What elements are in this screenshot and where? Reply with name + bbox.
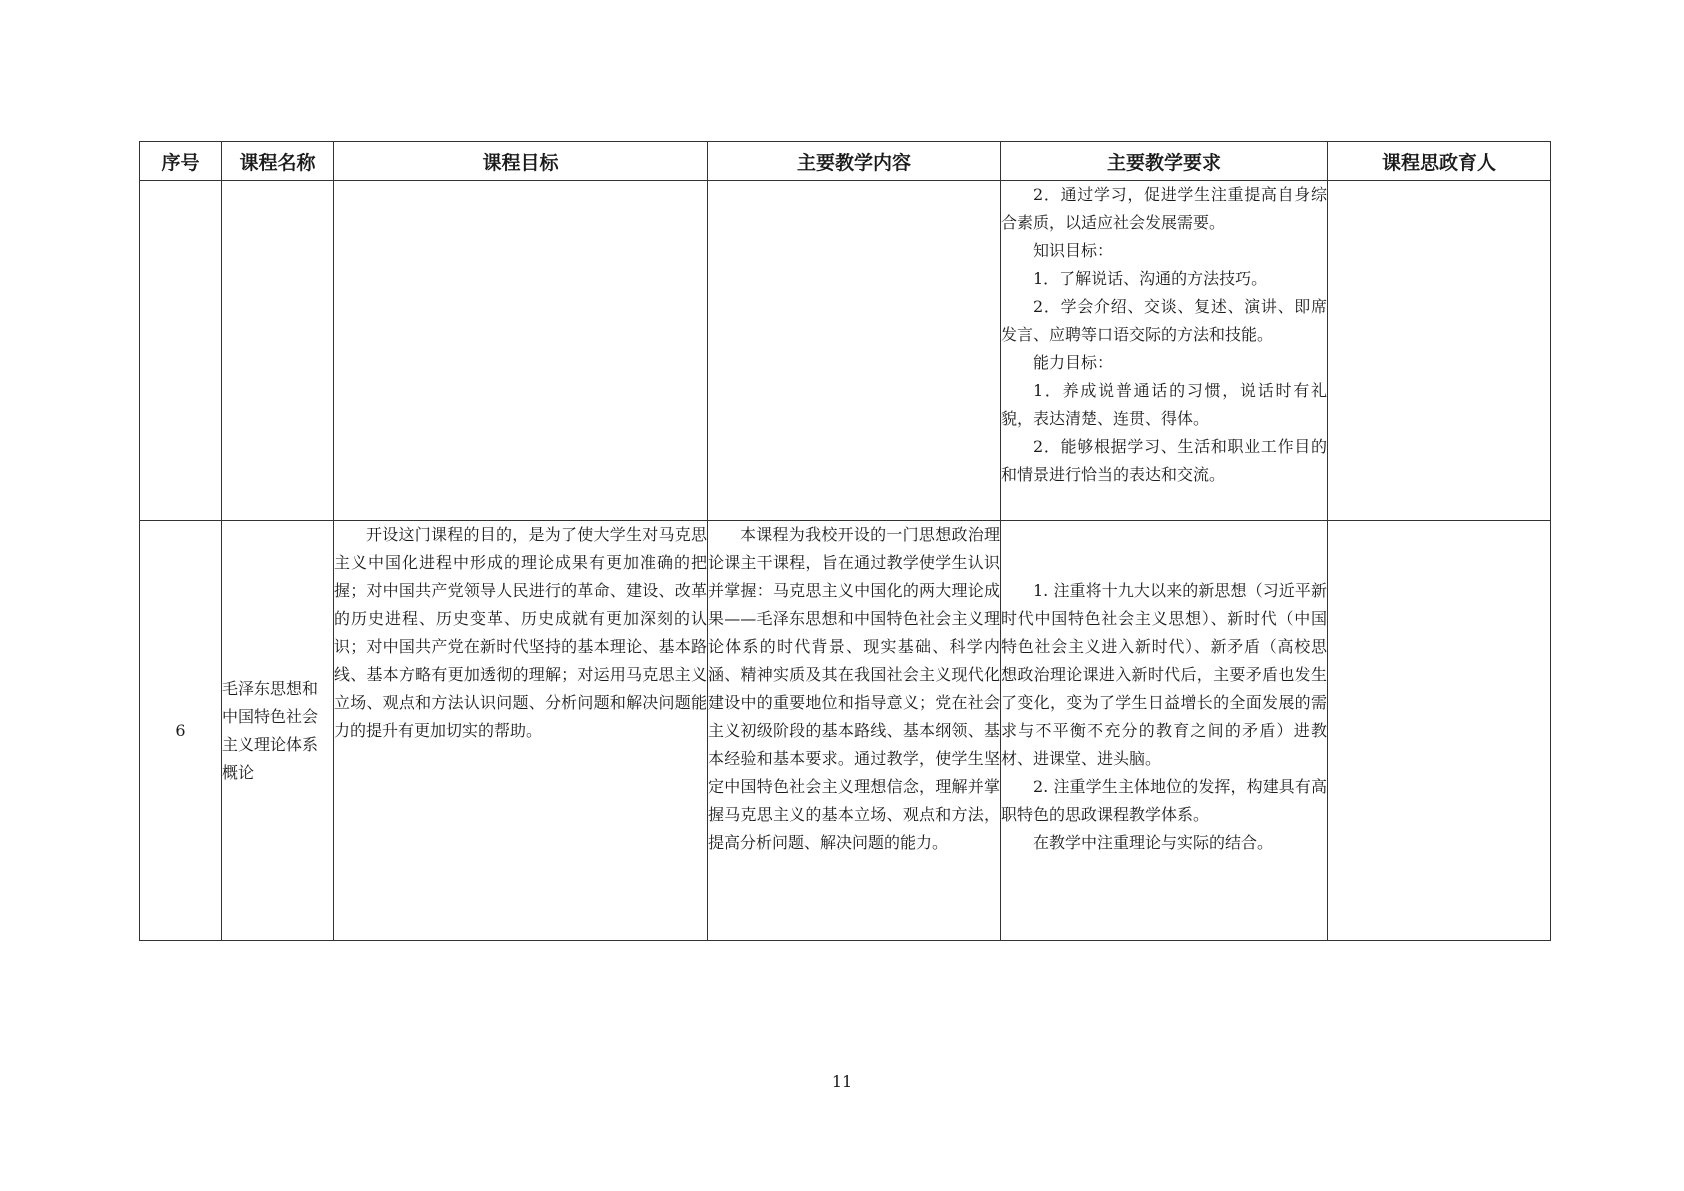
- cell-course-goal: [334, 181, 708, 521]
- header-teaching-requirements: 主要教学要求: [1001, 142, 1328, 181]
- header-ideological-education: 课程思政育人: [1328, 142, 1551, 181]
- table-row: 2．通过学习，促进学生注重提高自身综合素质，以适应社会发展需要。 知识目标： 1…: [140, 181, 1551, 521]
- table-header-row: 序号 课程名称 课程目标 主要教学内容 主要教学要求 课程思政育人: [140, 142, 1551, 181]
- cell-index: 6: [140, 521, 222, 941]
- requirement-paragraph: 2．通过学习，促进学生注重提高自身综合素质，以适应社会发展需要。: [1001, 181, 1327, 237]
- header-course-name: 课程名称: [222, 142, 334, 181]
- cell-teaching-content: [708, 181, 1001, 521]
- cell-teaching-requirements: 2．通过学习，促进学生注重提高自身综合素质，以适应社会发展需要。 知识目标： 1…: [1001, 181, 1328, 521]
- requirement-paragraph: 知识目标：: [1001, 237, 1327, 265]
- course-table: 序号 课程名称 课程目标 主要教学内容 主要教学要求 课程思政育人 2．通过学习…: [139, 141, 1551, 941]
- requirement-paragraph: 1．了解说话、沟通的方法技巧。: [1001, 265, 1327, 293]
- cell-course-name: 毛泽东思想和中国特色社会主义理论体系概论: [222, 521, 334, 941]
- requirement-paragraph: 1．养成说普通话的习惯，说话时有礼貌，表达清楚、连贯、得体。: [1001, 377, 1327, 433]
- cell-course-name: [222, 181, 334, 521]
- cell-ideological-education: [1328, 521, 1551, 941]
- requirement-paragraph: 在教学中注重理论与实际的结合。: [1001, 829, 1327, 857]
- goal-paragraph: 开设这门课程的目的，是为了使大学生对马克思主义中国化进程中形成的理论成果有更加准…: [334, 521, 707, 745]
- cell-ideological-education: [1328, 181, 1551, 521]
- page-number: 11: [0, 1072, 1684, 1091]
- requirement-paragraph: 2．学会介绍、交谈、复述、演讲、即席发言、应聘等口语交际的方法和技能。: [1001, 293, 1327, 349]
- table-row: 6 毛泽东思想和中国特色社会主义理论体系概论 开设这门课程的目的，是为了使大学生…: [140, 521, 1551, 941]
- header-index: 序号: [140, 142, 222, 181]
- header-course-goal: 课程目标: [334, 142, 708, 181]
- requirement-paragraph: 2. 注重学生主体地位的发挥，构建具有高职特色的思政课程教学体系。: [1001, 773, 1327, 829]
- requirement-paragraph: 能力目标：: [1001, 349, 1327, 377]
- cell-teaching-content: 本课程为我校开设的一门思想政治理论课主干课程，旨在通过教学使学生认识并掌握：马克…: [708, 521, 1001, 941]
- header-teaching-content: 主要教学内容: [708, 142, 1001, 181]
- cell-index: [140, 181, 222, 521]
- cell-teaching-requirements: 1. 注重将十九大以来的新思想（习近平新时代中国特色社会主义思想）、新时代（中国…: [1001, 521, 1328, 941]
- requirement-paragraph: 2．能够根据学习、生活和职业工作目的和情景进行恰当的表达和交流。: [1001, 433, 1327, 489]
- cell-course-goal: 开设这门课程的目的，是为了使大学生对马克思主义中国化进程中形成的理论成果有更加准…: [334, 521, 708, 941]
- content-paragraph: 本课程为我校开设的一门思想政治理论课主干课程，旨在通过教学使学生认识并掌握：马克…: [708, 521, 1000, 857]
- requirement-paragraph: 1. 注重将十九大以来的新思想（习近平新时代中国特色社会主义思想）、新时代（中国…: [1001, 577, 1327, 773]
